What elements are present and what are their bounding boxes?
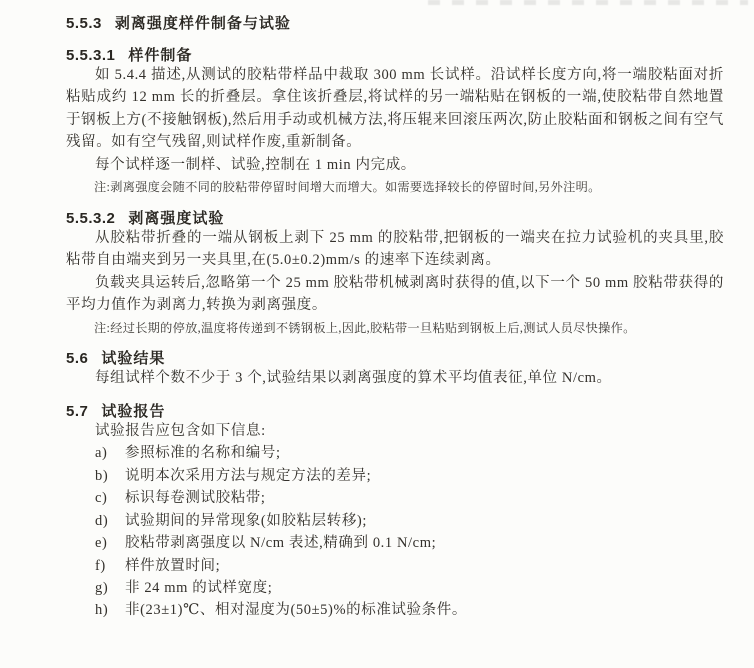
report-item-g: g) 非 24 mm 的试样宽度; [66, 577, 724, 599]
paragraph-sample-preparation: 如 5.4.4 描述,从测试的胶粘带样品中裁取 300 mm 长试样。沿试样长度… [66, 64, 724, 154]
item-label: d) [95, 510, 125, 532]
item-text: 标识每卷测试胶粘带; [125, 487, 724, 509]
item-label: b) [95, 465, 125, 487]
paragraph-report-intro: 试验报告应包含如下信息: [66, 420, 724, 442]
section-number: 5.7 [66, 403, 88, 420]
section-heading-5-5-3-2: 5.5.3.2剥离强度试验 [66, 210, 724, 227]
item-text: 非 24 mm 的试样宽度; [125, 577, 724, 599]
section-heading-5-7: 5.7试验报告 [66, 403, 724, 420]
cut-off-header-fragment [428, 0, 748, 5]
section-title: 样件制备 [128, 47, 192, 64]
section-heading-5-5-3-1: 5.5.3.1样件制备 [66, 47, 724, 64]
item-label: e) [95, 532, 125, 554]
paragraph-peel-force-average: 负载夹具运转后,忽略第一个 25 mm 胶粘带机械剥离时获得的值,以下一个 50… [66, 272, 724, 317]
section-title: 试验报告 [101, 403, 165, 420]
section-heading-5-5-3: 5.5.3剥离强度样件制备与试验 [66, 15, 724, 32]
paragraph-test-results: 每组试样个数不少于 3 个,试验结果以剥离强度的算术平均值表征,单位 N/cm。 [66, 367, 724, 389]
item-label: a) [95, 442, 125, 464]
report-item-a: a) 参照标准的名称和编号; [66, 442, 724, 464]
document-page: 5.5.3剥离强度样件制备与试验 5.5.3.1样件制备 如 5.4.4 描述,… [0, 0, 754, 668]
item-label: c) [95, 487, 125, 509]
section-title: 试验结果 [101, 350, 165, 367]
section-title: 剥离强度试验 [128, 210, 224, 227]
report-item-f: f) 样件放置时间; [66, 555, 724, 577]
section-number: 5.5.3.2 [66, 210, 115, 227]
note-dwell-time: 注:剥离强度会随不同的胶粘带停留时间增大而增大。如需要选择较长的停留时间,另外注… [66, 177, 724, 197]
paragraph-peel-test-procedure: 从胶粘带折叠的一端从钢板上剥下 25 mm 的胶粘带,把钢板的一端夹在拉力试验机… [66, 227, 724, 272]
report-items-list: a) 参照标准的名称和编号; b) 说明本次采用方法与规定方法的差异; c) 标… [66, 442, 724, 621]
item-text: 试验期间的异常现象(如胶粘层转移); [125, 510, 724, 532]
note-temperature-transfer: 注:经过长期的停放,温度将传递到不锈钢板上,因此,胶粘带一旦粘贴到钢板上后,测试… [66, 318, 724, 338]
report-item-c: c) 标识每卷测试胶粘带; [66, 487, 724, 509]
report-item-d: d) 试验期间的异常现象(如胶粘层转移); [66, 510, 724, 532]
paragraph-one-minute-rule: 每个试样逐一制样、试验,控制在 1 min 内完成。 [66, 154, 724, 176]
item-label: h) [95, 599, 125, 621]
item-text: 样件放置时间; [125, 555, 724, 577]
item-text: 说明本次采用方法与规定方法的差异; [125, 465, 724, 487]
section-number: 5.5.3 [66, 15, 102, 32]
report-item-b: b) 说明本次采用方法与规定方法的差异; [66, 465, 724, 487]
report-item-e: e) 胶粘带剥离强度以 N/cm 表述,精确到 0.1 N/cm; [66, 532, 724, 554]
item-text: 非(23±1)℃、相对湿度为(50±5)%的标准试验条件。 [125, 599, 724, 621]
section-number: 5.6 [66, 350, 88, 367]
section-number: 5.5.3.1 [66, 47, 115, 64]
section-heading-5-6: 5.6试验结果 [66, 350, 724, 367]
item-text: 胶粘带剥离强度以 N/cm 表述,精确到 0.1 N/cm; [125, 532, 724, 554]
item-text: 参照标准的名称和编号; [125, 442, 724, 464]
item-label: f) [95, 555, 125, 577]
section-title: 剥离强度样件制备与试验 [115, 15, 291, 32]
item-label: g) [95, 577, 125, 599]
report-item-h: h) 非(23±1)℃、相对湿度为(50±5)%的标准试验条件。 [66, 599, 724, 621]
